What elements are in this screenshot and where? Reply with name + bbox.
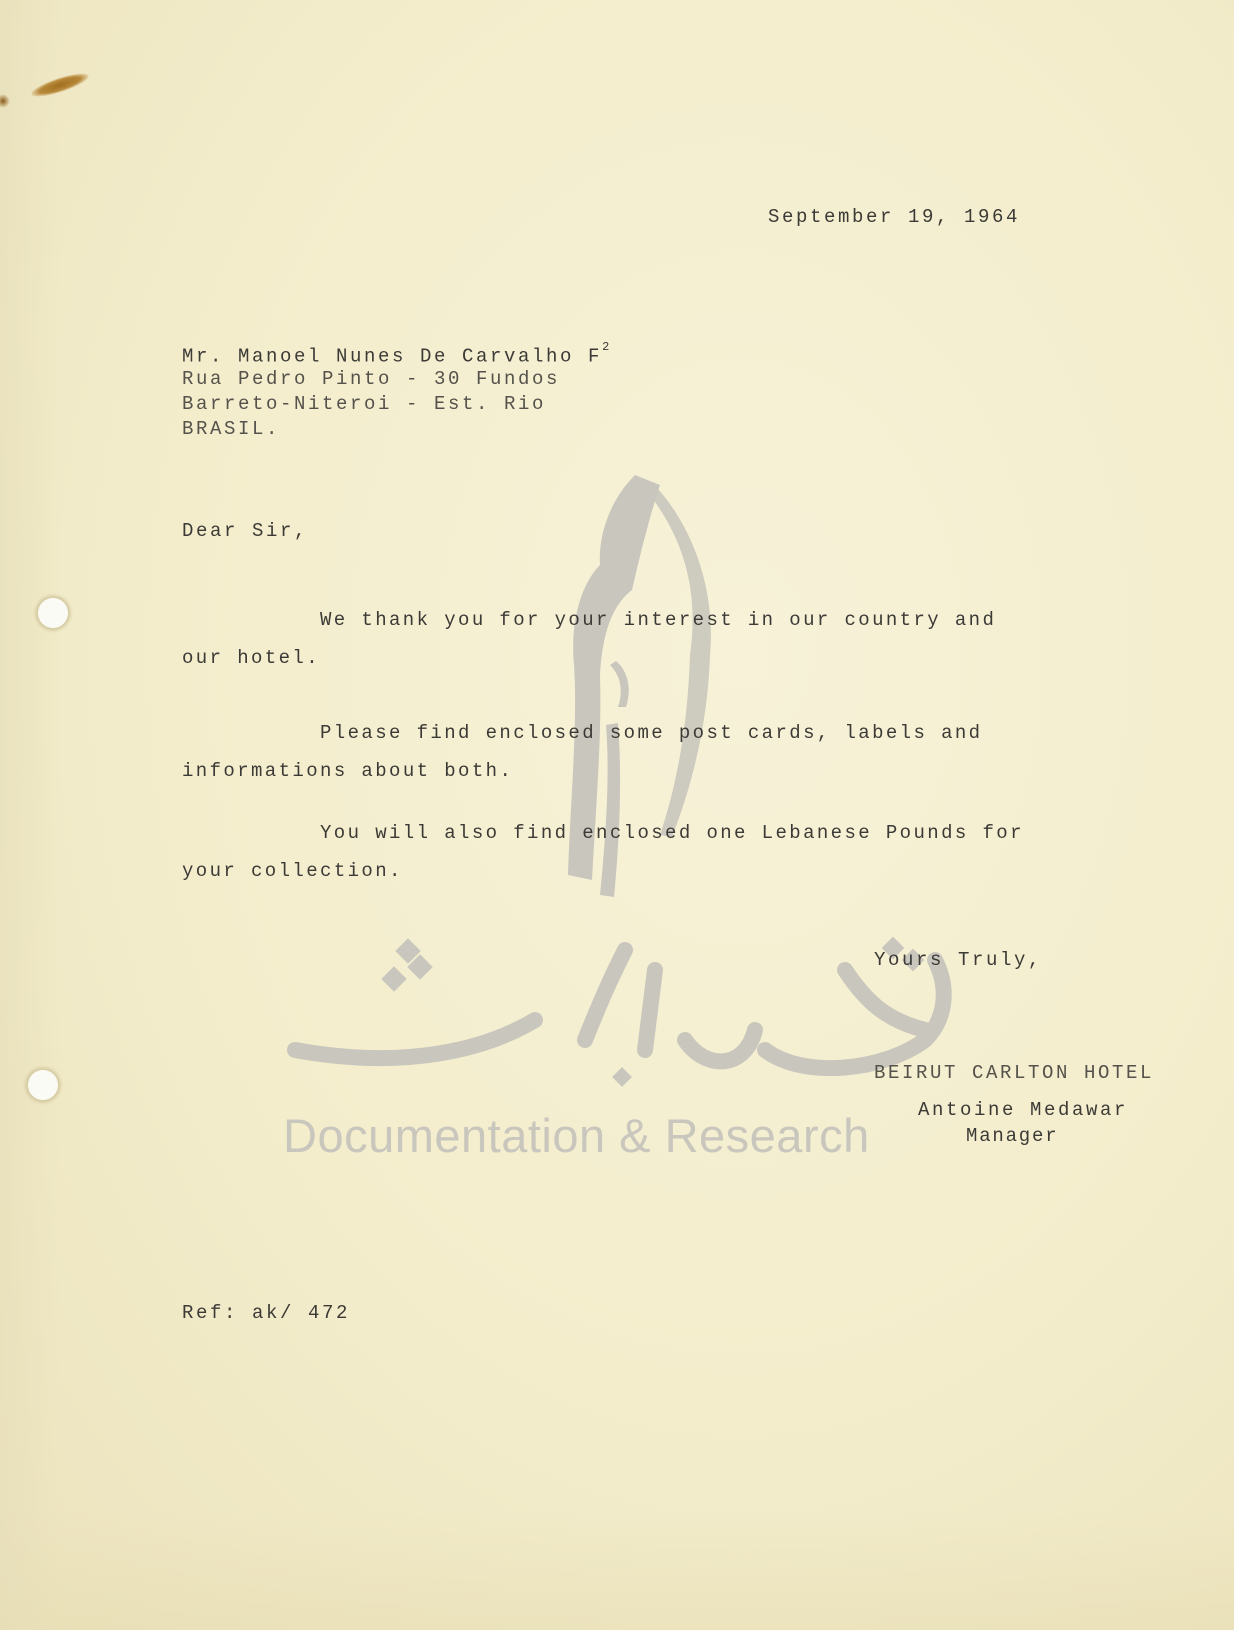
paragraph-2-line-2: informations about both. [182, 762, 513, 781]
paper-texture [0, 0, 1234, 1630]
recipient-name: Mr. Manoel Nunes De Carvalho F [182, 345, 602, 367]
watermark-text: Documentation & Research [283, 1108, 870, 1163]
paragraph-2-line-1: Please find enclosed some post cards, la… [320, 724, 983, 743]
recipient-line-1: Mr. Manoel Nunes De Carvalho F2 [182, 345, 612, 366]
recipient-superscript: 2 [602, 340, 612, 354]
paragraph-3-line-2: your collection. [182, 862, 403, 881]
watermark-arabic-icon [285, 930, 965, 1100]
punch-hole-top [36, 596, 70, 630]
rust-stain-small [0, 94, 10, 108]
reference-line: Ref: ak/ 472 [182, 1304, 350, 1323]
signature-organization: BEIRUT CARLTON HOTEL [874, 1064, 1154, 1083]
paragraph-3-line-1: You will also find enclosed one Lebanese… [320, 824, 1024, 843]
recipient-line-3: Barreto-Niteroi - Est. Rio [182, 395, 546, 414]
punch-hole-bottom [26, 1068, 60, 1102]
letter-date: September 19, 1964 [768, 208, 1020, 227]
salutation: Dear Sir, [182, 522, 308, 541]
rust-stain [29, 69, 90, 101]
paragraph-1-line-1: We thank you for your interest in our co… [320, 611, 996, 630]
recipient-line-4: BRASIL. [182, 420, 280, 439]
signature-name: Antoine Medawar [918, 1101, 1128, 1120]
recipient-line-2: Rua Pedro Pinto - 30 Fundos [182, 370, 560, 389]
signature-title: Manager [966, 1127, 1058, 1146]
paragraph-1-line-2: our hotel. [182, 649, 320, 668]
closing: Yours Truly, [874, 951, 1042, 970]
